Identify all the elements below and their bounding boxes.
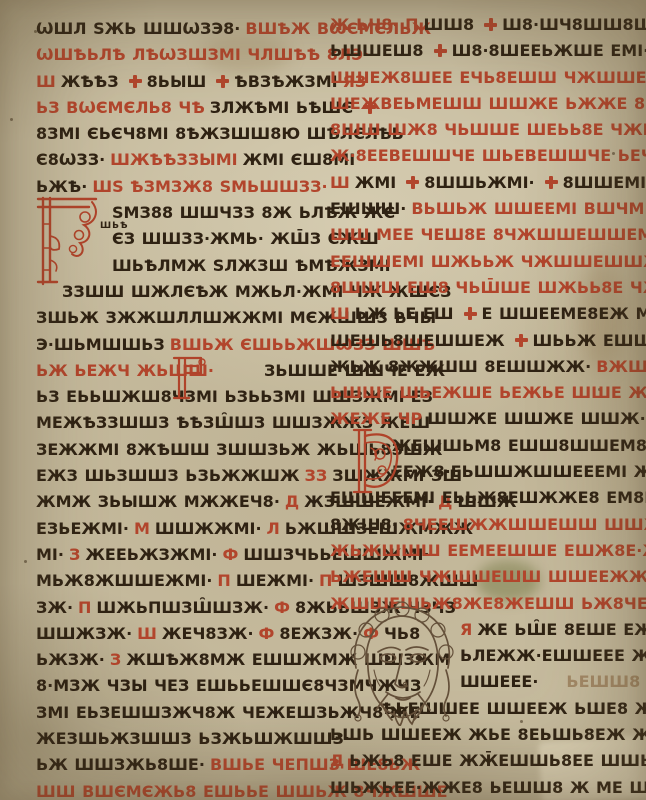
text-line: ШЖѢѢЗ8ЬЫШѢВЗѢЖЗМІЯЗ bbox=[36, 69, 324, 95]
text-line: ЬЛЕЖЖ·ЕШШЕЕЕ ЖМЕ bbox=[460, 643, 626, 669]
text-line: ЅМЗ88 ШШЧЗЗ 8Ж ЬЛѢЖ ЖЄ bbox=[112, 200, 324, 226]
text-line: МЬЖ8ЖШШЕЖМІ·ПШЕЖМІ·ПШЗШШ8ЖШШ bbox=[36, 568, 324, 594]
body-text: Ш8·ШЧ8ШШ8ШЕ bbox=[502, 15, 646, 34]
body-text: ШШЖЗЖ· bbox=[36, 624, 132, 643]
body-text: ШШЖЖМІ· bbox=[155, 519, 262, 538]
rubric-text: ЗЗ bbox=[305, 466, 328, 485]
rubric-text: Ш bbox=[137, 624, 157, 643]
rubric-text: ШЖѢѢЗЗЫМІ bbox=[110, 150, 237, 169]
text-line: ЗЕЖЖМІ 8ЖѢШШ ЗШШЗЬЖ ЖЬШЬ8ЗШЖ bbox=[36, 437, 324, 463]
text-line: ШЬѢЛМЖ ЅЛЖЗШ ѢМѢЖЗМІ bbox=[112, 253, 324, 279]
rubric-text: З bbox=[110, 650, 121, 669]
rubric-text: Ш bbox=[330, 173, 350, 192]
body-text: Э·ШЬМШШЬЗ bbox=[36, 335, 165, 354]
manuscript-page: ѠШЛ ЅЖЬ ШШѠЗЭ8·ВШѢЖ ВѠЄМЄЛЬЖѠШѢЬЛѢ ЛѢѠЗШ… bbox=[0, 0, 646, 800]
rubric-text: ЬШШЕ ШЬЕЖШЕ ЬЕЖЬЕ ШШЕ ЖШШЕ bbox=[330, 383, 646, 402]
text-line: ШШЖЗЖ·ШЖЕЧ8ЗЖ·Ф8ЕЖЗЖ·ФЧЬ8 bbox=[36, 621, 324, 647]
body-text: Є8ѠЗЗ· bbox=[36, 150, 105, 169]
ornamental-initial-right-icon bbox=[350, 424, 404, 498]
text-line: ШШЕЖ8ШЕЕ ЕЧЬ8ЕШШ ЧЖШШЕШШ 8 bbox=[330, 65, 626, 91]
body-text: ЕЕЖ8·ЕЬШШЖШШЕЕЕМІ ЖЖЧЖЖ bbox=[392, 462, 646, 481]
rubric-text: З bbox=[69, 545, 80, 564]
text-line: ШШ ВШЄМЄЖЬ8 ЕШЬЬЕ ШШЬЖ 8ЧЖШШЕ bbox=[36, 779, 324, 800]
text-line: ЗЖ·ПШЖЬПШЗШ̑ШЗЖ·Ф8ЖЬЬШЗЖ ЧЗЧЗ bbox=[36, 595, 324, 621]
text-line: Є8ѠЗЗ·ШЖѢѢЗЗЫМІЖМІ ЄШ8МІ bbox=[36, 147, 324, 173]
text-line: ЕЕЖ8·ЕЬШШЖШШЕЕЕМІ ЖЖЧЖЖ bbox=[392, 459, 626, 485]
body-text: ЬЖЗЖ· bbox=[36, 650, 105, 669]
red-cross-icon bbox=[216, 75, 229, 88]
body-text: ЕШШШ· bbox=[330, 199, 406, 218]
text-line: ДЬЖЬ8 ЕШЕ ЖЖ̄ЕШШЬ8ЕЕ ШШЬЖ ЕМІ bbox=[330, 748, 626, 774]
rubric-text: Л bbox=[267, 519, 280, 538]
rubric-text: ШШ МЕЕ ЧЕШ8Е 8ЧЖШШЕШШЕМІ bbox=[330, 225, 646, 244]
rubric-text: Ш bbox=[36, 72, 56, 91]
red-cross-icon bbox=[464, 307, 477, 320]
body-text: ШШЖЕ ШШЖЕ ШШЖ·Ж· bbox=[427, 409, 646, 428]
text-line: МІ·ЗЖЕЕЬЖЗЖМІ·ФШШЗЧЬЬЕШШЖМІ· bbox=[36, 542, 324, 568]
rubric-text: Ф bbox=[222, 545, 238, 564]
red-cross-icon bbox=[129, 75, 142, 88]
text-line: ШШ МЕЕ ЧЕШ8Е 8ЧЖШШЕШШЕМІ bbox=[330, 222, 626, 248]
body-text: 8ЬЫШ bbox=[147, 72, 207, 91]
ornamental-initial-medium-icon bbox=[170, 350, 208, 400]
body-text: 8ЖШ8· bbox=[330, 515, 398, 534]
rubric-text: ШЅ ѢЗМЗЖ8 ЅМЬШШЗЗ· bbox=[92, 177, 327, 196]
body-text: ЖЕШШЬМ8 ЕШШ8ШШЕМ8 ЖЖ Е bbox=[392, 436, 646, 455]
text-line: ЬЖ ШШЗЖЬ8ШЕ·ВШЬЕ ЧЕПШЗ ШЕ8ЬЖ bbox=[36, 752, 324, 778]
text-line: 8·МЗЖ ЧЗЫ ЧЕЗ ЕШЬЬЕШШЄ8ЧЗМЧЖЧЗ bbox=[36, 673, 324, 699]
text-line: ЕЖЗ ШЬЗШШЗ ЬЗЬЖЖШЖЗЗЗШЖЖМІ ЗШ bbox=[36, 463, 324, 489]
body-text: ШЖЬПШЗШ̑ШЗЖ· bbox=[96, 598, 269, 617]
text-line: 8ЖШ8·8ЧЕЕШЖЖШШЕШШ ШШЖЕ ЬЖЕ bbox=[330, 512, 626, 538]
text-line: ЕШШШ·ВЬШЬЖ ШШЕЕМІ ВШЧМЕЖЕ bbox=[330, 196, 626, 222]
rubric-text: П bbox=[217, 571, 230, 590]
rubric-text: Ж·8ЕЕВЕШШЧЕ ШЬЕВЕШШЧЕ ЬЕЧ8· bbox=[330, 146, 646, 165]
body-text: ЖЕЕЬЖЗЖМІ· bbox=[85, 545, 217, 564]
body-text: ЖѢѢЗ bbox=[61, 72, 119, 91]
rubric-text: Ж ЬЧ8· П bbox=[330, 15, 418, 34]
text-line: ШЕЖВЕЬМЕШШ ШШЖЕ ЬЖЖЕ 8ЕШШШЕ8 bbox=[330, 91, 626, 117]
body-text: ЖЕЗШЬЖЗШШЗ ЬЗЖЬШЖШШЗ· bbox=[36, 729, 350, 748]
face-drawing bbox=[346, 600, 458, 726]
body-text: ЬЖЬ8 ЕШЕ ЖЖ̄ЕШШЬ8ЕЕ ШШЬЖ ЕМІ bbox=[349, 751, 646, 770]
interlinear-gloss: ШЬѢ bbox=[100, 221, 129, 231]
text-line: ЖЬЖШШШ ЕЕМЕЕШШЕ ЕШЖ8Е·ЖЧ8Ж bbox=[330, 538, 626, 564]
body-text: ЖМЖ ЗЬЫШЖ МЖЖЕЧ8· bbox=[36, 492, 280, 511]
rubric-text: ШЕЖВЕЬМЕШШ ШШЖЕ ЬЖЖЕ 8ЕШШШЕ8 bbox=[330, 94, 646, 113]
text-line: ЬЗ ВѠЄМЄЛЬ8 ЧѢЗЛЖѢМІ ЬѢШЄ bbox=[36, 95, 324, 121]
red-cross-icon bbox=[434, 44, 447, 57]
body-text: ШЕШЬ8ШЕШШЕЖ bbox=[330, 331, 505, 350]
body-text: ШЬЬЖ ЕШШЖ ШШЕ bbox=[533, 331, 646, 350]
body-text: ЬШШЕШ8 bbox=[330, 41, 424, 60]
rubric-text: 8ЧЕЕШЖЖШШЕШШ ШШЖЕ ЬЖЕ bbox=[403, 515, 646, 534]
text-line: ЬШШЕ ШЬЕЖШЕ ЬЕЖЬЕ ШШЕ ЖШШЕ bbox=[330, 380, 626, 406]
rubric-text: ЕЕШШЕМІ ШЖЬЬЖ ЧЖШШЕШШЖ ЬЧ8· bbox=[330, 252, 646, 271]
text-line: ШЬЖЬЕЕ·ЖЖЕ8 ЬЕШШ8 Ж МЕ ШЕЬЬЖ· bbox=[330, 775, 626, 800]
rubric-text: ВЬШЬЖ ШШЕЕМІ ВШЧМЕЖЕ bbox=[411, 199, 646, 218]
rubric-text: ЬЗ ВѠЄМЄЛЬ8 ЧѢ bbox=[36, 98, 205, 117]
left-text-column: ѠШЛ ЅЖЬ ШШѠЗЭ8·ВШѢЖ ВѠЄМЄЛЬЖѠШѢЬЛѢ ЛѢѠЗШ… bbox=[36, 16, 324, 800]
text-line: ѠШѢЬЛѢ ЛѢѠЗШЗМІ ЧЛШѢѢ 8ЛЭ· bbox=[36, 42, 324, 68]
text-line: Ж·8ЕЕВЕШШЧЕ ШЬЕВЕШШЧЕ ЬЕЧ8· bbox=[330, 143, 626, 169]
red-cross-icon bbox=[484, 18, 497, 31]
red-cross-icon bbox=[515, 334, 528, 347]
rubric-text: Д bbox=[330, 751, 344, 770]
text-line: ШЖМІ8ШШЬЖМІ·8ШШЕМІ· bbox=[330, 170, 626, 196]
faded-text: ЬЕШШ8 bbox=[566, 672, 640, 691]
body-text: ѠШЛ ЅЖЬ ШШѠЗЭ8· bbox=[36, 19, 240, 38]
body-text: ЗЖ· bbox=[36, 598, 73, 617]
rubric-text: 8ШШ ШЖ8 ЧЬШШЕ ШЕЬЬ8Е ЧЖШШЕШШ bbox=[330, 120, 646, 139]
rubric-text: Ш bbox=[330, 304, 350, 323]
body-text: ЬЖ ШШЗЖЬ8ШЕ· bbox=[36, 755, 205, 774]
text-line: 8ШШ ШЖ8 ЧЬШШЕ ШЕЬЬ8Е ЧЖШШЕШШ bbox=[330, 117, 626, 143]
text-line: ЗЗШШ ШЖЛЄѢЖ МЖЬЛ·ЖМІ ЧЖ ЖШЄЗ bbox=[62, 279, 324, 305]
body-text: ШШ8 bbox=[423, 15, 474, 34]
speck bbox=[10, 118, 13, 121]
ornamental-initial-large-icon bbox=[34, 190, 100, 288]
text-line: ЯЖЕ ЬШ̑Е 8ЕШЕ ЕЖ8 Ь bbox=[460, 617, 626, 643]
body-text: Ш8·8ШЕЕЬЖШЕ ЕМІ· bbox=[452, 41, 646, 60]
text-line: ЗШЬЖ ЗЖЖШЛЛШЖЖМІ МЄЖШШЗ ЬЧЫ bbox=[36, 305, 324, 331]
text-line: 8ШШШ ЕШ8 ЧЬШ̄ШЕ ШЖЬЬ8Е ЧЖШШЕШШ bbox=[330, 275, 626, 301]
body-text: ЬЛЕЖЖ·ЕШШЕЕЕ ЖМЕ bbox=[460, 646, 646, 665]
body-text: ШШЕЕЕ· bbox=[460, 672, 538, 691]
text-line: ЕЕШШЕМІ ШЖЬЬЖ ЧЖШШЕШШЖ ЬЧ8· bbox=[330, 249, 626, 275]
text-line: ШШЕЕЕ·ЬЕШШ8 bbox=[460, 669, 626, 695]
text-line: ШЕШЬ8ШЕШШЕЖШЬЬЖ ЕШШЖ ШШЕ bbox=[330, 328, 626, 354]
body-text: ЖЬЖ 8ЖЖШШ 8ЕШШЖЖ· bbox=[330, 357, 591, 376]
text-line: ЄЗ ШШЗЗ·ЖМЬ· ЖШ̄З ЄЖШ bbox=[112, 226, 324, 252]
text-line: ѠШЛ ЅЖЬ ШШѠЗЭ8·ВШѢЖ ВѠЄМЄЛЬЖ bbox=[36, 16, 324, 42]
body-text: ШЕЖМІ· bbox=[236, 571, 314, 590]
body-text: ЕЗЬЕЖМІ· bbox=[36, 519, 129, 538]
rubric-text: Я bbox=[460, 620, 472, 639]
text-line: МЕЖѢЗЗШШЗ ѢѢЗШ̑ШЗ ШШЗЖЖЗ ЖЕШ bbox=[36, 410, 324, 436]
rubric-text: Ф bbox=[274, 598, 290, 617]
text-line: ЬШШЕШ8Ш8·8ШЕЕЬЖШЕ ЕМІ·8 bbox=[330, 38, 626, 64]
body-text: МЬЖ8ЖШШЕЖМІ· bbox=[36, 571, 212, 590]
body-text: ЖЕЧ8ЗЖ· bbox=[162, 624, 254, 643]
body-text: ШЬЖЬЕЕ·ЖЖЕ8 ЬЕШШ8 Ж МЕ ШЕЬЬЖ· bbox=[330, 778, 646, 797]
body-text: 8ШШЬЖМІ· bbox=[424, 173, 534, 192]
rubric-text: Ф bbox=[259, 624, 275, 643]
rubric-text: Д bbox=[285, 492, 299, 511]
body-text: ЬШЬ ШШЕЕЖ ЖЬЕ 8ЕЬШЬ8ЕЖ ЖЬЕШ88· bbox=[330, 725, 646, 744]
red-cross-icon bbox=[545, 176, 558, 189]
speck bbox=[24, 560, 27, 563]
rubric-text: ЬЖЕШШ ЧЖШШЕШШ ШШЕЕЖЖЕ8 ЖМІ bbox=[330, 567, 646, 586]
body-text: Е ШШЕЕМЕ8ЕЖ МЕ bbox=[482, 304, 646, 323]
text-line: ЖЬЖ 8ЖЖШШ 8ЕШШЖЖ·ВЖШЬЖ ШЬ bbox=[330, 354, 626, 380]
rubric-text: ЖЬЖШШШ ЕЕМЕЕШШЕ ЕШЖ8Е·ЖЧ8Ж bbox=[330, 541, 646, 560]
body-text: ѢВЗѢЖЗМІ bbox=[234, 72, 337, 91]
text-line: ЖМЖ ЗЬЫШЖ МЖЖЕЧ8·ДЖЗШШЕЖМІ·ДШШЖ bbox=[36, 489, 324, 515]
text-line: ЬЖЗЖ·ЗЖШѢЖ8МЖ ЕШШЖМЖ ШШЗЖМ bbox=[36, 647, 324, 673]
body-text: ЖЕ ЬШ̑Е 8ЕШЕ ЕЖ8 Ь bbox=[477, 620, 646, 639]
rubric-text: ВЖШЬЖ ШЬ bbox=[596, 357, 646, 376]
rubric-text: ШШЕЖ8ШЕЕ ЕЧЬ8ЕШШ ЧЖШШЕШШ 8 bbox=[330, 68, 646, 87]
text-line: 8ЗМІ ЄЬЄЧ8МІ 8ѢЖЗШШ8Ю ШѢЛЄЛѢЬ bbox=[36, 121, 324, 147]
body-text: ЕЖЗ ШЬЗШШЗ ЬЗЬЖЖШЖ bbox=[36, 466, 300, 485]
rubric-text: ѠШѢЬЛѢ ЛѢѠЗШЗМІ ЧЛШѢѢ 8ЛЭ· bbox=[36, 45, 369, 64]
rubric-text: М bbox=[134, 519, 150, 538]
text-line: ЬЖЕШШ ЧЖШШЕШШ ШШЕЕЖЖЕ8 ЖМІ bbox=[330, 564, 626, 590]
rubric-text: 8ШШШ ЕШ8 ЧЬШ̄ШЕ ШЖЬЬ8Е ЧЖШШЕШШ bbox=[330, 278, 646, 297]
text-line: ЗМІ ЕЬЗЕШШЗЖЧ8Ж ЧЕЖЕШЗЬЖЧ8 ЖЕ bbox=[36, 700, 324, 726]
text-line: ЖЕЗШЬЖЗШШЗ ЬЗЖЬШЖШШЗ· bbox=[36, 726, 324, 752]
body-text: МІ· bbox=[36, 545, 64, 564]
body-text: 8ШШЕМІ· bbox=[563, 173, 646, 192]
rubric-text: П bbox=[78, 598, 91, 617]
text-line: ШЬЖ ЬЕ ЕШЕ ШШЕЕМЕ8ЕЖ МЕ bbox=[330, 301, 626, 327]
body-text: ЬЖ ЬЕ ЕШ bbox=[355, 304, 454, 323]
red-cross-icon bbox=[406, 176, 419, 189]
body-text: ЖМІ bbox=[355, 173, 396, 192]
text-line: ЖЕШШЬМ8 ЕШШ8ШШЕМ8 ЖЖ Е bbox=[392, 433, 626, 459]
text-line: Ж ЬЧ8· ПШШ8Ш8·ШЧ8ШШ8ШЕ bbox=[330, 12, 626, 38]
text-line: ЕЗЬЕЖМІ·МШШЖЖМІ·ЛЬЖШШЗЕШЖМЖЖ bbox=[36, 516, 324, 542]
